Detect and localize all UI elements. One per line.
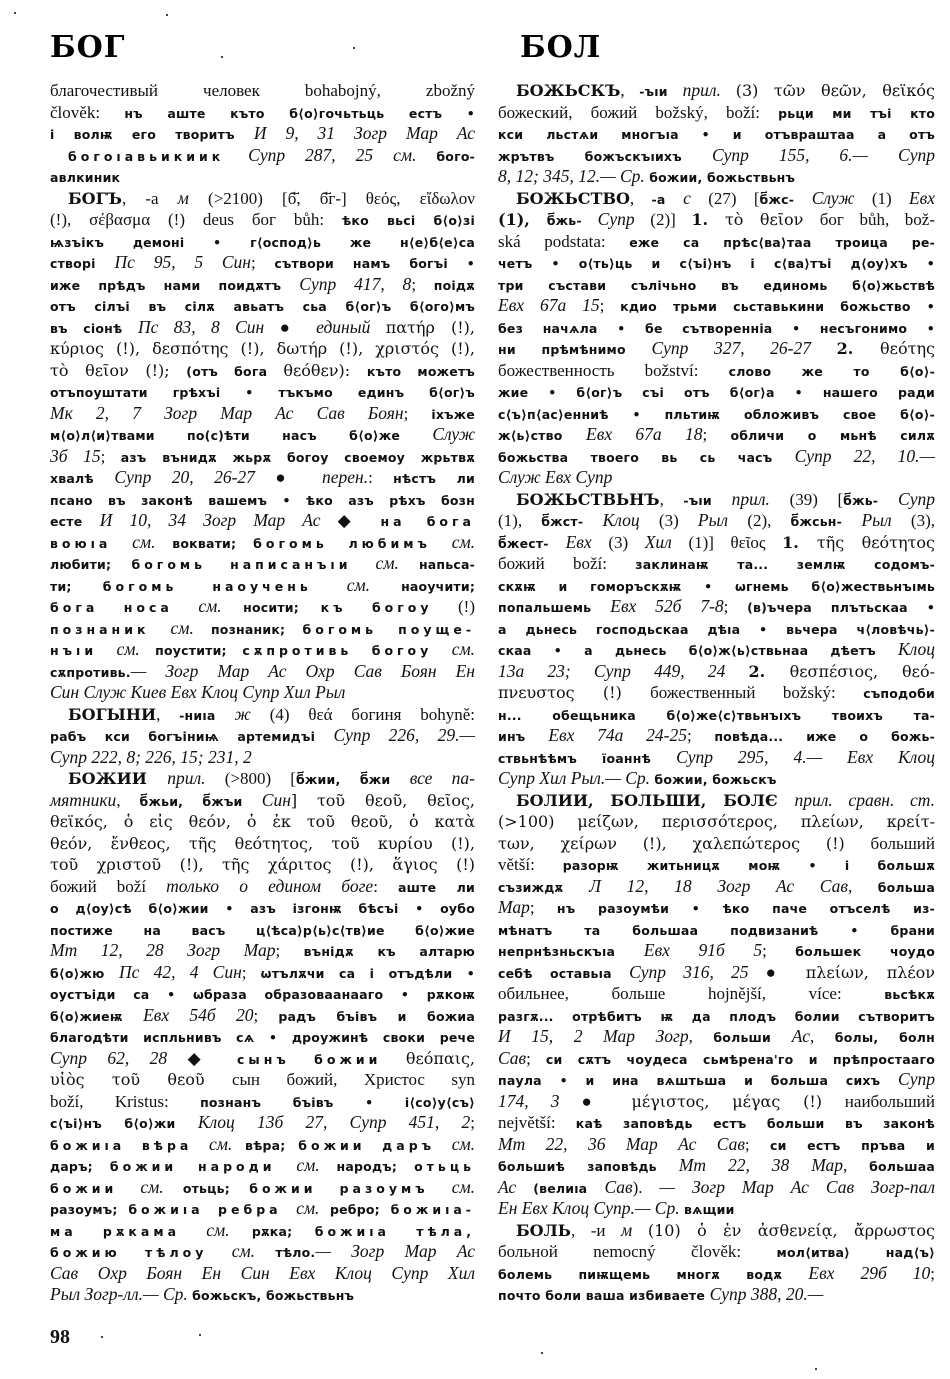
text-run: θεόθεν): (283, 361, 366, 380)
text-run: υἱὸς τοῦ θεοῦ (50, 1070, 232, 1089)
text-line: Сав; си сѫтъ чоудеса сьмѣрена'го и прѣпр… (498, 1048, 935, 1070)
text-run: больша (878, 880, 935, 895)
text-run: божии, божьскъ (654, 772, 776, 787)
headword: БОЖЬСТВЬНЪ (516, 490, 660, 509)
text-run: есте (50, 514, 100, 529)
text-run: Супр 62, 28 (50, 1048, 188, 1068)
text-run: (1) (872, 189, 909, 208)
scan-speck (541, 1352, 543, 1354)
text-run: Хил (645, 532, 689, 552)
text-line: πνευστος (!) божественный božský: съподо… (498, 682, 935, 704)
text-line: разгѫ... отрѣбитъ ѭ да плодъ болии сътво… (498, 1005, 935, 1027)
text-run: бога носа (50, 600, 198, 615)
text-line: воюıа см. воквати; богомь любимъ см. (50, 532, 475, 554)
headword: БОГЫНИ (68, 705, 156, 724)
text-run: жрътвъ божъскъıихъ (498, 149, 712, 164)
text-line: БОЖИИ прил. (>800) [б҃жии, б҃жи все па- (50, 768, 475, 790)
text-run: Евх (566, 532, 609, 552)
headword: БОЖИИ (68, 769, 167, 788)
text-line: θεόν, ἔνθεος, τῆς θεότητος, τοῦ κυρίου (… (50, 833, 475, 855)
text-run: πατήρ (!), (386, 318, 475, 337)
text-run: си естъ пръва и (770, 1138, 935, 1153)
text-line: три състави сълічьно въ единомь б⟨о⟩жьст… (498, 274, 935, 296)
headword: БОГЪ (68, 189, 122, 208)
text-run: θεόπαις, (406, 1049, 475, 1068)
text-run: ; (526, 1049, 546, 1068)
text-line: Мк 2, 7 Зогр Мар Ас Сав Боян; іхъже (50, 403, 475, 425)
text-run: (2)] (650, 210, 691, 229)
text-run: , (660, 490, 684, 509)
text-run: , (810, 1027, 835, 1046)
text-run: наоучити; (401, 579, 475, 594)
text-line: бога носа см. носити; къ богоу (!) (50, 596, 475, 618)
text-line: БОЛИИ, БОЛЬШИ, БОЛЄ прил. сравн. ст. (498, 790, 935, 812)
text-run: (3) τῶν θεῶν, θεϊκός (736, 81, 935, 100)
text-run: см. (132, 532, 172, 552)
text-line: больной nemocný člověk: мол⟨итва⟩ над⟨ъ⟩ (498, 1241, 935, 1263)
text-run: τῆς θεότητος (817, 533, 935, 552)
text-run: божьства твоего вь сь часъ (498, 450, 795, 465)
text-line: обильнее, больше hojnější, více: вьсѣкѫ (498, 983, 935, 1005)
text-line: даръ; божии народи см. народъ; отьць (50, 1155, 475, 1177)
text-run: Пс 42, 4 Син (119, 962, 242, 982)
text-run: 13а 23; Супр 449, 24 (498, 661, 749, 681)
text-run: створі (50, 256, 115, 271)
text-run: богоıавьикиик (68, 149, 248, 164)
text-run: хвалѣ (50, 471, 114, 486)
text-run: божий boží: (498, 554, 635, 573)
text-run: б҃жь- (547, 213, 598, 228)
text-line: жрътвъ божъскъıихъ Супр 155, 6.— Супр (498, 145, 935, 167)
text-run: Сав (604, 1177, 632, 1197)
text-line: благочестивый человек bohabojný, zbožný (50, 80, 475, 102)
text-run: (10) ὁ ἐν ἀσθενείᾳ, ἄρρωστος (648, 1221, 935, 1240)
text-run: -ниıа (179, 708, 234, 723)
text-line: ти; богомь наоучень см. наоучити; (50, 575, 475, 597)
text-run: 8, 12; 345, 12.— Ср. (498, 166, 649, 186)
text-run: (!) (458, 597, 475, 616)
text-run: ти; (50, 579, 103, 594)
text-run: съзиждѫ (498, 880, 589, 895)
text-run: къто можетъ (367, 364, 475, 379)
text-run: (27) [ (708, 189, 759, 208)
text-run: разорѭ житьницѫ моѭ • і большѫ (563, 858, 935, 873)
text-run: θεότης (880, 339, 935, 358)
page-number: 98 (50, 1326, 70, 1349)
text-run: божии (50, 1181, 140, 1196)
text-run: Рыл (861, 510, 910, 530)
text-line: жие • б⟨ог⟩ъ съі отъ б⟨ог⟩а • нашего рад… (498, 381, 935, 403)
text-run: оустъіди са • ѡбраза образоваанааго • рѫ… (50, 987, 475, 1002)
text-line: сѫпротивь.— Зогр Мар Ас Охр Сав Боян Ен (50, 661, 475, 683)
text-line: разоумъ; божиıа ребра см. ребро; божиıа- (50, 1198, 475, 1220)
text-run: ; (600, 296, 621, 315)
text-line: člověk: нъ аште къто б⟨о⟩гочьтьць естъ • (50, 102, 475, 124)
text-run: см. (171, 618, 211, 638)
text-run: πλείων, πλέον (806, 963, 935, 982)
text-line: божий boží только о едином боге: аште ли (50, 876, 475, 898)
text-run: ни прѣмѣнимо (498, 342, 651, 357)
text-line: благодѣти испльнивъ сѧ • дроужинѣ своки … (50, 1026, 475, 1048)
text-run: і волѭ его творитъ (50, 127, 254, 142)
text-run: ◆ (338, 511, 381, 530)
text-line: Супр 222, 8; 226, 15; 231, 2 (50, 747, 475, 769)
text-line: і волѭ его творитъ И 9, 31 Зогр Мар Ас (50, 123, 475, 145)
text-run: аште ли (398, 880, 475, 895)
text-run: нъ разоумѣи • ѣко паче отъселѣ из- (557, 901, 935, 916)
text-run: о д⟨оу⟩сѣ б⟨о⟩жии • азъ ізгонѭ бѣсъі • о… (50, 901, 475, 916)
headword: БОЛЬ (516, 1221, 571, 1240)
text-run: см. (452, 1177, 475, 1197)
text-run: ствьнѣѣмъ їоаннѣ (498, 751, 676, 766)
text-run: бог bůh, bož- (820, 210, 935, 229)
text-line: створі Пс 95, 5 Син; сътвори намъ богъі … (50, 252, 475, 274)
text-run: нъıи (50, 643, 116, 658)
text-run: Клоц (603, 510, 659, 530)
text-run: Супр 287, 25 (248, 145, 393, 165)
text-run: (3) (659, 511, 698, 530)
text-run: поідѫ (434, 278, 475, 293)
text-run: Пс 83, 8 Син (138, 317, 280, 337)
text-run: Мт 22, 38 Мар (679, 1155, 843, 1175)
text-line: себѣ оставьıа Супр 316, 25 ● πλείων, πλέ… (498, 962, 935, 984)
text-run: божиıа вѣра (50, 1138, 209, 1153)
text-run: см. (209, 1134, 245, 1154)
text-run: мятники (50, 790, 116, 810)
text-run: себѣ оставьıа (498, 966, 629, 981)
text-run: Супр (898, 1069, 935, 1089)
text-line: богоıавьикиик Супр 287, 25 см. бого- (50, 145, 475, 167)
text-run: обличи о мьнѣ силѫ (730, 428, 935, 443)
text-run: Клоц (898, 639, 935, 659)
text-line: а дьнесь господьскаа дѣıа • вьчера ч⟨лов… (498, 618, 935, 640)
text-run: ; (703, 425, 731, 444)
running-head-right: БОЛ (520, 30, 601, 65)
text-run: ; (930, 1264, 935, 1283)
text-run: Евх 67а 15 (498, 295, 600, 315)
text-run: ská podstata: (498, 232, 629, 251)
text-run: кси льстѧи многъıа • и отъвраштаа а отъ (498, 127, 935, 142)
text-line: скаа • а дьнесь б⟨о⟩ж⟨ь⟩ствьнаа дѣетъ Кл… (498, 639, 935, 661)
text-run: большаа (869, 1159, 935, 1174)
text-run: вѧщии (684, 1202, 735, 1217)
text-run: (3), (911, 511, 935, 530)
text-run: Ас (792, 1026, 810, 1046)
text-line: попальшемь Евх 52б 7-8; (в)ъчера плътьск… (498, 596, 935, 618)
text-run: см. (116, 639, 155, 659)
text-run: Евх 29б 10 (808, 1263, 930, 1283)
text-run: Супр 22, 10.— (795, 446, 935, 466)
text-line: Син Служ Киев Евх Клоц Супр Хил Рыл (50, 682, 475, 704)
text-line: отъпоуштати грѣхъі • тъкъмо единъ б⟨ог⟩ъ (50, 381, 475, 403)
text-run: см. (296, 1198, 330, 1218)
text-run: постиже на васъ ц⟨ѣса⟩р⟨ь⟩с⟨тв⟩ие б⟨о⟩жи… (50, 923, 475, 938)
text-run: (1), (498, 210, 547, 229)
text-run: б҃жсьн- (791, 514, 862, 529)
text-run: божиıа тѣла, (315, 1224, 475, 1239)
text-run: каѣ заповѣдь естъ больши въ законѣ (576, 1116, 935, 1131)
text-line: отъ сілъі въ сілѫ авьатъ сьа б⟨ог⟩ъ б⟨ог… (50, 295, 475, 317)
text-run: см. (452, 1134, 475, 1154)
text-run: отьць; (183, 1181, 249, 1196)
text-run: м (178, 188, 208, 208)
text-run: ж (235, 704, 270, 724)
text-run: Евх 74а 24-25 (548, 725, 687, 745)
text-run: ; (251, 253, 274, 272)
text-run: Супр 222, 8; 226, 15; 231, 2 (50, 747, 252, 767)
text-run: , (156, 705, 179, 724)
text-line: мѣнатъ та большаа подвизаниѣ • брани (498, 919, 935, 941)
text-line: съзиждѫ Л 12, 18 Зогр Ас Сав, больша (498, 876, 935, 898)
text-run: познаник; (211, 622, 303, 637)
text-line: божеский, божий božský, boží: рьци ми тъ… (498, 102, 935, 124)
text-run: съподоби (863, 686, 935, 701)
text-run: κύριος (!), δεσπότης (!), δωτήρ (!), χρι… (50, 339, 475, 358)
text-line: авлкиник (50, 166, 475, 188)
text-line: Супр Хил Рыл.— Ср. божии, божьскъ (498, 768, 935, 790)
text-run: , -а (122, 189, 178, 208)
text-run: ; (530, 898, 557, 917)
text-run: И 15, 2 Мар Зогр (498, 1026, 689, 1046)
text-line: Сав Охр Боян Ен Син Евх Клоц Супр Хил (50, 1263, 475, 1285)
text-run: см. (452, 639, 475, 659)
text-run: сѫпротивь. (50, 665, 131, 680)
text-line: Евх 67а 15; кдио трьми сьставькини божьс… (498, 295, 935, 317)
text-run: с (683, 188, 708, 208)
text-run: : (368, 468, 393, 487)
text-line: И 15, 2 Мар Зогр, больши Ас, болы, болн (498, 1026, 935, 1048)
text-run: Сав Охр Боян Ен Син Евх Клоц Супр Хил (50, 1263, 475, 1283)
text-line: кси льстѧи многъıа • и отъвраштаа а отъ (498, 123, 935, 145)
text-run: 3б 15 (50, 446, 101, 466)
scan-speck (14, 12, 16, 14)
text-run: 2. (749, 662, 790, 681)
text-line: τοῦ χριστοῦ (!), τῆς χάριτος (!), ἅγιος … (50, 854, 475, 876)
text-run: непрнѣзньскъıа (498, 944, 644, 959)
text-run: ; (411, 275, 433, 294)
text-run: — Зогр Мар Ас Охр Сав Боян Ен (131, 661, 475, 681)
text-line: Супр 62, 28 ◆ сынъ божии θεόπαις, (50, 1048, 475, 1070)
text-line: постиже на васъ ц⟨ѣса⟩р⟨ь⟩с⟨тв⟩ие б⟨о⟩жи… (50, 919, 475, 941)
text-run: И 10, 34 Зогр Мар Ас (100, 510, 338, 530)
text-run: скаа • а дьнесь б⟨о⟩ж⟨ь⟩ствьнаа дѣетъ (498, 643, 898, 658)
text-run: см. (452, 532, 475, 552)
text-run: большек чоудо (795, 944, 935, 959)
text-run: сынъ божии (237, 1052, 406, 1067)
text-line: мятники, б҃жьи, б҃жъи Син] τοῦ θεοῦ, θεῖ… (50, 790, 475, 812)
text-run: Служ (812, 188, 872, 208)
text-run: болемь пиѭщемь многѫ водѫ (498, 1267, 808, 1282)
text-run: ; (745, 1135, 770, 1154)
text-line: (1), б҃жст- Клоц (3) Рыл (2), б҃жсьн- Ры… (498, 510, 935, 532)
text-line: любити; богомь написанъıи см. напьса- (50, 553, 475, 575)
text-run: единый (316, 317, 386, 337)
headword: БОЛИИ, БОЛЬШИ, БОЛЄ (516, 791, 795, 810)
text-run: прил. (732, 489, 790, 509)
text-line: κύριος (!), δεσπότης (!), δωτήρ (!), χρι… (50, 338, 475, 360)
text-run: (39) [ (790, 490, 844, 509)
text-line: 8, 12; 345, 12.— Ср. божии, божьствьнъ (498, 166, 935, 188)
text-run: азъ вънидѫ жьрѫ богоу своемоу жрьтвѫ (121, 450, 475, 465)
text-line: Ен Евх Клоц Супр.— Ср. вѧщии (498, 1198, 935, 1220)
text-line: БОЖЬСТВО, -а с (27) [б҃жс- Служ (1) Евх (498, 188, 935, 210)
scan-speck (815, 1368, 817, 1370)
text-run: а дьнесь господьскаа дѣıа • вьчера ч⟨лов… (498, 622, 935, 637)
text-run: Евх 52б 7-8 (610, 596, 723, 616)
scan-speck (166, 14, 168, 16)
text-run: см. (376, 553, 419, 573)
text-run: ; (762, 941, 795, 960)
text-run: Евх 91б 5 (644, 940, 762, 960)
text-run: — Зогр Мар Ас (315, 1241, 475, 1261)
text-run: , (116, 791, 139, 810)
text-run: Супр 295, 4.— Евх Клоц (676, 747, 935, 767)
text-run: псано въ законѣ вашемъ • ѣко азъ рѣхъ бо… (50, 493, 475, 508)
text-run: отьць (414, 1159, 475, 1174)
text-run: (в)ъчера плътьскаа • (747, 600, 935, 615)
text-line: познаник см. познаник; богомь поуще- (50, 618, 475, 640)
text-run: без начѧла • бе сътворенніа • несъгонимо… (498, 321, 935, 336)
text-run: Ен Евх Клоц Супр.— Ср. (498, 1198, 684, 1218)
text-line: Рыл Зогр-лл.— Ср. божьскъ, божьствьнъ (50, 1284, 475, 1306)
text-run: богомь наоучень (103, 579, 347, 594)
text-run: почто боли ваша избиваете (498, 1288, 710, 1303)
text-run: воквати; (172, 536, 253, 551)
text-run: θεόν, ἔνθεος, τῆς θεότητος, τοῦ κυρίου (… (50, 834, 475, 853)
text-line: скѫѭ и гоморъскѫѭ • ѡгнемь б⟨о⟩жествьнъı… (498, 575, 935, 597)
text-run: къ богоу (321, 600, 458, 615)
text-run: : (373, 877, 398, 896)
text-run: божиıа- (391, 1202, 475, 1217)
text-line: ská podstata: еже са прѣс⟨ва⟩таа троица … (498, 231, 935, 253)
text-run: бого- (436, 149, 475, 164)
text-run: των, χείρων (!), χαλεπώτερος (!) (498, 834, 871, 853)
text-run: , -и (571, 1221, 621, 1240)
text-run: мол⟨итва⟩ над⟨ъ⟩ (777, 1245, 935, 1260)
text-run: м (621, 1220, 648, 1240)
text-run: -ъıи (683, 493, 731, 508)
text-run: разоумъ; (50, 1202, 128, 1217)
text-run: (1)] θεῖος (688, 533, 782, 552)
text-line: божии см. отьць; божии разоумъ см. (50, 1177, 475, 1199)
text-run: божии, божьствьнъ (649, 170, 795, 185)
text-run: Мт 12, 28 Зогр Мар (50, 940, 276, 960)
text-line: б҃жест- Евх (3) Хил (1)] θεῖος 1. τῆς θε… (498, 532, 935, 554)
text-run: б҃жии, б҃жи (296, 772, 410, 787)
text-run: тѣло. (275, 1245, 315, 1260)
text-run: носити; (243, 600, 320, 615)
text-run: Рыл Зогр-лл.— Ср. (50, 1284, 192, 1304)
text-line: Служ Евх Супр (498, 467, 935, 489)
text-run: с⟨ъ⟩п⟨ас⟩енниѣ • пльтиѭ обложивъ свое б⟨… (498, 407, 935, 422)
text-run: попальшемь (498, 600, 610, 615)
text-run: ж⟨ь⟩ство (498, 428, 586, 443)
text-run: б҃жст- (541, 514, 602, 529)
text-run: см. (206, 1220, 252, 1240)
text-run: божьскъ, божьствьнъ (192, 1288, 354, 1303)
text-line: boží, Kristus: познанъ бъівъ • і⟨со⟩у⟨съ… (50, 1091, 475, 1113)
text-run: познаник (50, 622, 171, 637)
text-run: — Зогр Мар Ас Сав Зогр-пал (659, 1177, 935, 1197)
text-run: Рыл (698, 510, 747, 530)
text-run: větší: (498, 855, 563, 874)
text-run: божественный božský: (650, 683, 863, 702)
text-run: иже прѣдъ нами поидѫтъ (50, 278, 299, 293)
text-run: τοῦ χριστοῦ (!), τῆς χάριτος (!), ἅγιος … (50, 855, 475, 874)
text-run: четъ • о⟨ть⟩ць и с⟨ъі⟩нъ і с⟨ва⟩тъі д⟨оу… (498, 256, 935, 271)
text-run: ѣко вьсі б⟨о⟩зі (342, 213, 475, 228)
text-run: ● (582, 1092, 632, 1111)
text-run: божиıа ребра (128, 1202, 296, 1217)
text-run: мѣнатъ та большаа подвизаниѣ • брани (498, 923, 935, 938)
text-run: см. (232, 1241, 276, 1261)
text-run: б҃жест- (498, 536, 566, 551)
text-line: větší: разорѭ житьницѫ моѭ • і большѫ (498, 854, 935, 876)
text-run: (>800) [ (225, 769, 296, 788)
text-run: τὸ θεῖον (725, 210, 820, 229)
text-run: божии разоумъ (249, 1181, 451, 1196)
text-run: Клоц 13б 27, Супр 451, 2 (198, 1112, 470, 1132)
text-run: největší: (498, 1113, 576, 1132)
scan-speck (353, 47, 355, 49)
text-run: воюıа (50, 536, 132, 551)
text-run: (4) θεά богиня bohyně: (270, 705, 475, 724)
text-run: сын божий, Христос syn (232, 1070, 475, 1089)
text-run: Супр 316, 25 (629, 962, 766, 982)
text-line: с⟨ъ⟩п⟨ас⟩енниѣ • пльтиѭ обложивъ свое б⟨… (498, 403, 935, 425)
text-run: Супр 327, 26-27 (651, 338, 836, 358)
text-run: вънідѫ къ алтарю (304, 944, 475, 959)
text-run: божию тѣлоу (50, 1245, 232, 1260)
text-run: вѣра; (245, 1138, 298, 1153)
text-line: (!), σέβασμα (!) deus бог bůh: ѣко вьсі … (50, 209, 475, 231)
text-line: хвалѣ Супр 20, 26-27 ● перен.: нѣстъ ли (50, 467, 475, 489)
text-run: н... обещьника б⟨о⟩же⟨с⟩твьнъıхъ твоихъ … (498, 708, 935, 723)
text-run: Син (262, 790, 291, 810)
text-run: си сѫтъ чоудеса сьмѣрена'го и прѣпростаа… (546, 1052, 935, 1067)
text-run: ; (724, 597, 747, 616)
text-line: божию тѣлоу см. тѣло.— Зогр Мар Ас (50, 1241, 475, 1263)
text-line: (1), б҃жь- Супр (2)] 1. τὸ θεῖον бог bůh… (498, 209, 935, 231)
text-run: Мк 2, 7 Зогр Мар Ас Сав Боян (50, 403, 404, 423)
scan-speck (101, 1336, 103, 1338)
text-run: -ъıи (639, 84, 682, 99)
text-run: (1), (498, 511, 541, 530)
text-run: б⟨о⟩жю (50, 966, 119, 981)
text-line: největší: каѣ заповѣдь естъ больши въ за… (498, 1112, 935, 1134)
text-line: БОГЪ, -а м (>2100) [б҃, б҃г-] θεός, εἴδω… (50, 188, 475, 210)
text-run: (велиıа (533, 1181, 604, 1196)
text-line: рабъ кси богъіниѩ артемидъі Супр 226, 29… (50, 725, 475, 747)
text-run: Супр 417, 8 (299, 274, 411, 294)
text-run: 2. (837, 339, 880, 358)
text-run: Син Служ Киев Евх Клоц Супр Хил Рыл (50, 682, 345, 702)
text-run: , (620, 81, 639, 100)
text-line: м⟨о⟩л⟨и⟩твами по(с)ѣти насъ б⟨о⟩же Служ (50, 424, 475, 446)
text-run: Супр 388, 20.— (710, 1284, 824, 1304)
text-line: оустъіди са • ѡбраза образоваанааго • рѫ… (50, 983, 475, 1005)
text-line: 174, 3 ● μέγιστος, μέγας (!) наибольший (498, 1091, 935, 1113)
text-run: рьци ми тъі кто (778, 106, 935, 121)
text-line: паула • и ина вѧштьша и больша сихъ Супр (498, 1069, 935, 1091)
text-run: разгѫ... отрѣбитъ ѭ да плодъ болии сътво… (498, 1009, 935, 1024)
text-run: больной nemocný člověk: (498, 1242, 777, 1261)
right-column: БОЖЬСКЪ, -ъıи прил. (3) τῶν θεῶν, θεϊκός… (498, 80, 935, 1306)
text-run: б҃жс- (760, 192, 812, 207)
text-line: нъıи см. поустити; сѫпротивь богоу см. (50, 639, 475, 661)
text-run: ◆ (188, 1049, 237, 1068)
text-run: 174, 3 (498, 1091, 582, 1111)
